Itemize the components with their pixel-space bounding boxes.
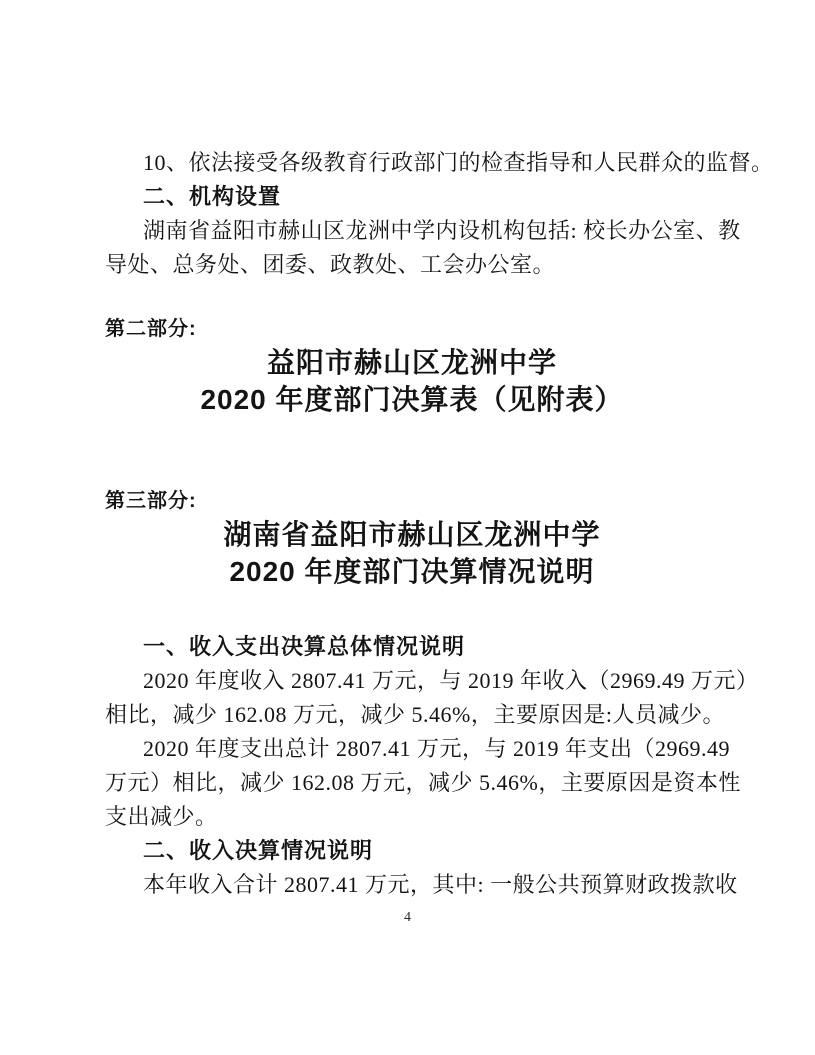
paragraph-item-10: 10、依法接受各级教育行政部门的检查指导和人民群众的监督。	[105, 146, 719, 180]
section1-para1-line1: 2020 年度收入 2807.41 万元，与 2019 年收入（2969.49 …	[105, 664, 719, 698]
section1-para2-line3: 支出减少。	[105, 800, 719, 834]
paragraph-org-line1: 湖南省益阳市赫山区龙洲中学内设机构包括: 校长办公室、教	[105, 214, 719, 248]
section1-para2-line2: 万元）相比，减少 162.08 万元，减少 5.46%，主要原因是资本性	[105, 766, 719, 800]
part2-title-line2: 2020 年度部门决算表（见附表）	[105, 381, 719, 418]
part2-label: 第二部分:	[105, 314, 719, 344]
part2-title-line1: 益阳市赫山区龙洲中学	[105, 344, 719, 381]
paragraph-org-line2: 导处、总务处、团委、政教处、工会办公室。	[105, 248, 719, 282]
section2-heading: 二、收入决算情况说明	[105, 834, 719, 868]
page-number: 4	[0, 910, 815, 926]
part3-label: 第三部分:	[105, 486, 719, 516]
part3-title-line1: 湖南省益阳市赫山区龙洲中学	[105, 516, 719, 553]
section2-para1-line1: 本年收入合计 2807.41 万元，其中: 一般公共预算财政拨款收	[105, 868, 719, 902]
document-page: 10、依法接受各级教育行政部门的检查指导和人民群众的监督。 二、机构设置 湖南省…	[0, 0, 815, 1055]
heading-org-setup: 二、机构设置	[105, 180, 719, 214]
document-content: 10、依法接受各级教育行政部门的检查指导和人民群众的监督。 二、机构设置 湖南省…	[0, 146, 815, 902]
section1-para2-line1: 2020 年度支出总计 2807.41 万元，与 2019 年支出（2969.4…	[105, 732, 719, 766]
part3-title-line2: 2020 年度部门决算情况说明	[105, 553, 719, 590]
section1-heading: 一、收入支出决算总体情况说明	[105, 630, 719, 664]
section1-para1-line2: 相比，减少 162.08 万元，减少 5.46%，主要原因是:人员减少。	[105, 698, 719, 732]
